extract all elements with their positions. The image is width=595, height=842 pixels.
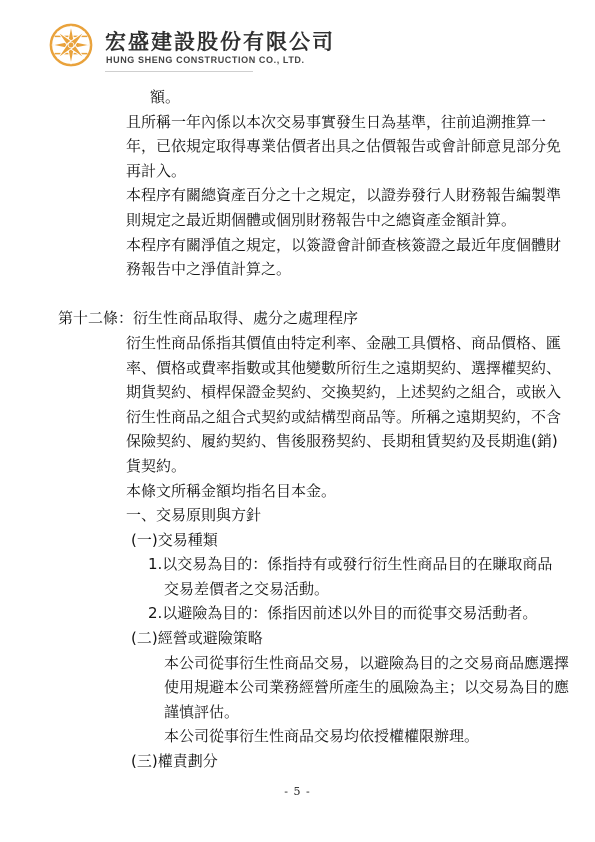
page: { "header": { "logo_icon": "sun-globe-em… <box>0 0 595 842</box>
text-line: (二)經營或避險策略 <box>0 626 595 651</box>
text-line: 貨契約。 <box>0 454 595 479</box>
text-line: 則規定之最近期個體或個別財務報告中之總資產金額計算。 <box>0 208 595 233</box>
sun-globe-emblem-icon <box>48 22 94 68</box>
text-line: 衍生性商品之組合式契約或結構型商品等。所稱之遠期契約，不含 <box>0 405 595 430</box>
text-line: 再計入。 <box>0 159 595 184</box>
text-line: 期貨契約、槓桿保證金契約、交換契約，上述契約之組合，或嵌入 <box>0 380 595 405</box>
text-line: 一、交易原則與方針 <box>0 503 595 528</box>
letterhead-header: 宏盛建設股份有限公司 HUNG SHENG CONSTRUCTION CO., … <box>0 0 595 80</box>
text-line: (三)權責劃分 <box>0 749 595 774</box>
text-line: 率、價格或費率指數或其他變數所衍生之遠期契約、選擇權契約、 <box>0 356 595 381</box>
text-line: 本程序有關淨值之規定，以簽證會計師查核簽證之最近年度個體財 <box>0 233 595 258</box>
header-divider <box>105 71 253 72</box>
text-line: 額。 <box>0 85 595 110</box>
text-line: 務報告中之淨值計算之。 <box>0 257 595 282</box>
text-line: 本條文所稱金額均指名目本金。 <box>0 479 595 504</box>
text-line: 交易差價者之交易活動。 <box>0 577 595 602</box>
company-name-zh: 宏盛建設股份有限公司 <box>105 26 335 56</box>
text-line: 本公司從事衍生性商品交易，以避險為目的之交易商品應選擇 <box>0 651 595 676</box>
text-line: 使用規避本公司業務經營所產生的風險為主；以交易為目的應 <box>0 675 595 700</box>
page-footer: - 5 - <box>0 780 595 799</box>
text-line: 年，已依規定取得專業估價者出具之估價報告或會計師意見部分免 <box>0 134 595 159</box>
text-line: 本程序有關總資產百分之十之規定，以證券發行人財務報告編製準 <box>0 183 595 208</box>
text-line: 保險契約、履約契約、售後服務契約、長期租賃契約及長期進(銷) <box>0 429 595 454</box>
company-name-en: HUNG SHENG CONSTRUCTION CO., LTD. <box>106 55 305 65</box>
text-line: (一)交易種類 <box>0 528 595 553</box>
text-line: 本公司從事衍生性商品交易均依授權權限辦理。 <box>0 724 595 749</box>
text-line: 1.以交易為目的：係指持有或發行衍生性商品目的在賺取商品 <box>0 552 595 577</box>
text-line: 衍生性商品係指其價值由特定利率、金融工具價格、商品價格、匯 <box>0 331 595 356</box>
text-line: 第十二條：衍生性商品取得、處分之處理程序 <box>0 306 595 331</box>
text-line: 2.以避險為目的：係指因前述以外目的而從事交易活動者。 <box>0 601 595 626</box>
document-body: 額。且所稱一年內係以本次交易事實發生日為基準，往前追溯推算一年，已依規定取得專業… <box>0 85 595 774</box>
blank-line <box>0 282 595 307</box>
text-line: 謹慎評估。 <box>0 700 595 725</box>
text-line: 且所稱一年內係以本次交易事實發生日為基準，往前追溯推算一 <box>0 110 595 135</box>
page-number: - 5 - <box>284 785 310 798</box>
